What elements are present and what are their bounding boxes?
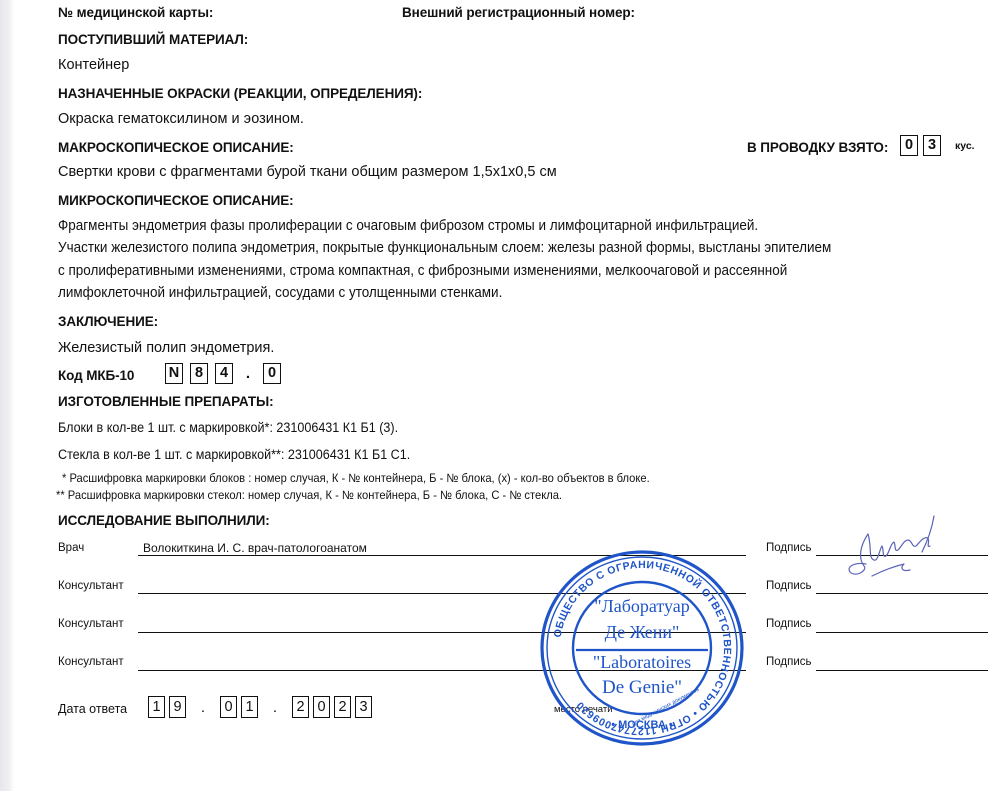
medical-card-label: № медицинской карты:	[58, 5, 213, 20]
pathology-report-page: № медицинской карты: Внешний регистрацио…	[0, 0, 1000, 791]
doctor-name-line	[138, 555, 746, 556]
micro-heading: МИКРОСКОПИЧЕСКОЕ ОПИСАНИЕ:	[58, 193, 294, 208]
stamp-line-4: De Genie"	[602, 677, 682, 698]
performed-heading: ИССЛЕДОВАНИЕ ВЫПОЛНИЛИ:	[58, 513, 270, 528]
date-digit-box: 0	[220, 696, 237, 718]
stamp-line-1: "Лаборатуар	[594, 596, 690, 616]
consultant-name-line[interactable]	[138, 670, 746, 671]
taken-unit: кус.	[955, 140, 975, 152]
sign-label: Подпись	[766, 542, 812, 554]
sign-label: Подпись	[766, 580, 812, 592]
consultant-name-line[interactable]	[138, 632, 746, 633]
stamp-line-3: "Laboratoires	[593, 652, 691, 672]
role-consultant: Консультант	[58, 618, 124, 630]
date-digit-box: 1	[241, 696, 258, 718]
signature-line[interactable]	[816, 593, 988, 594]
conclusion-heading: ЗАКЛЮЧЕНИЕ:	[58, 314, 158, 329]
icd-char-box: N	[165, 363, 183, 384]
taken-label: В ПРОВОДКУ ВЗЯТО:	[747, 140, 888, 155]
handwritten-signature	[838, 506, 948, 586]
taken-count-boxes: 03	[900, 135, 946, 156]
date-digit-box: 1	[148, 696, 165, 718]
received-material-heading: ПОСТУПИВШИЙ МАТЕРИАЛ:	[58, 32, 248, 47]
answer-date-boxes: 19.01.2023	[148, 696, 372, 718]
role-doctor: Врач	[58, 542, 84, 554]
date-separator: .	[258, 699, 292, 716]
micro-line: с пролиферативными изменениями, строма к…	[58, 263, 787, 279]
date-digit-box: 2	[292, 696, 309, 718]
taken-digit-box: 0	[900, 135, 918, 156]
macro-value: Свертки крови с фрагментами бурой ткани …	[58, 164, 557, 180]
icd-code-boxes: N84.0	[165, 363, 281, 384]
stains-heading: НАЗНАЧЕННЫЕ ОКРАСКИ (РЕАКЦИИ, ОПРЕДЕЛЕНИ…	[58, 86, 422, 101]
date-digit-box: 3	[355, 696, 372, 718]
stamp-place-label: место печати	[554, 704, 613, 715]
stains-value: Окраска гематоксилином и эозином.	[58, 111, 304, 127]
organization-stamp: ОБЩЕСТВО С ОГРАНИЧЕННОЙ ОТВЕТСТВЕННОСТЬЮ…	[538, 548, 746, 748]
slides-text: Стекла в кол-ве 1 шт. с маркировкой**: 2…	[58, 447, 410, 462]
date-separator: .	[186, 699, 220, 716]
icd-label: Код МКБ-10	[58, 368, 134, 383]
micro-line: лимфоклеточной инфильтрацией, сосудами с…	[58, 285, 502, 301]
icd-char-box: 4	[215, 363, 233, 384]
blocks-note: * Расшифровка маркировки блоков : номер …	[62, 471, 650, 485]
blocks-text: Блоки в кол-ве 1 шт. с маркировкой*: 231…	[58, 420, 398, 435]
date-digit-box: 2	[334, 696, 351, 718]
date-digit-box: 9	[169, 696, 186, 718]
preparations-heading: ИЗГОТОВЛЕННЫЕ ПРЕПАРАТЫ:	[58, 394, 274, 409]
macro-heading: МАКРОСКОПИЧЕСКОЕ ОПИСАНИЕ:	[58, 140, 294, 155]
icd-char-box: 8	[190, 363, 208, 384]
icd-dot: .	[237, 365, 259, 382]
stamp-seal-icon: ОБЩЕСТВО С ОГРАНИЧЕННОЙ ОТВЕТСТВЕННОСТЬЮ…	[538, 548, 746, 748]
conclusion-value: Железистый полип эндометрия.	[58, 340, 274, 356]
sign-label: Подпись	[766, 618, 812, 630]
external-reg-label: Внешний регистрационный номер:	[402, 5, 635, 20]
slides-note: ** Расшифровка маркировки стекол: номер …	[56, 488, 562, 502]
taken-digit-box: 3	[923, 135, 941, 156]
sign-label: Подпись	[766, 656, 812, 668]
signature-line[interactable]	[816, 555, 988, 556]
signature-line[interactable]	[816, 670, 988, 671]
micro-line: Участки железистого полипа эндометрия, п…	[58, 240, 831, 256]
consultant-name-line[interactable]	[138, 593, 746, 594]
role-consultant: Консультант	[58, 580, 124, 592]
answer-date-label: Дата ответа	[58, 702, 127, 716]
role-consultant: Консультант	[58, 656, 124, 668]
doctor-name: Волокиткина И. С. врач-патологоанатом	[143, 541, 367, 555]
icd-char-box: 0	[263, 363, 281, 384]
signature-line[interactable]	[816, 632, 988, 633]
received-material-value: Контейнер	[58, 57, 129, 73]
stamp-city: • МОСКВА •	[611, 719, 673, 731]
date-digit-box: 0	[313, 696, 330, 718]
signature-scribble-icon	[838, 506, 948, 586]
micro-line: Фрагменты эндометрия фазы пролиферации с…	[58, 218, 758, 234]
stamp-inner-small: для медицинских документов	[631, 687, 700, 728]
